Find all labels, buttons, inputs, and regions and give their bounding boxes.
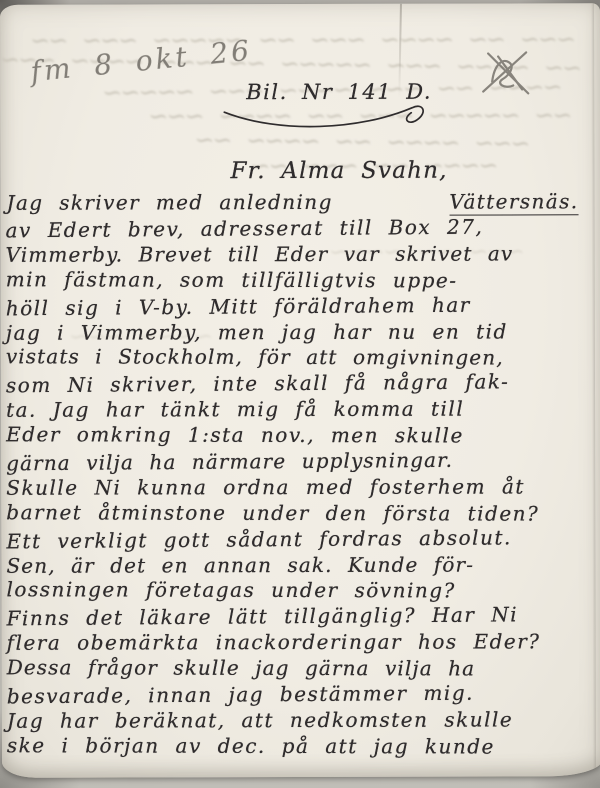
letter-line: som Ni skriver, inte skall få några fak-: [6, 369, 600, 400]
letter-line: ta. Jag har tänkt mig få komma till: [6, 396, 600, 423]
salutation: Fr. Alma Svahn,: [230, 158, 447, 185]
underlined-place-name: Vättersnäs.: [449, 189, 578, 215]
letter-line: Dessa frågor skulle jag gärna vilja ha: [7, 655, 600, 682]
underline-flourish: [220, 102, 436, 139]
opening-text: Jag skriver med anledning: [6, 190, 332, 217]
letter-line: min fästman, som tillfälligtvis uppe-: [6, 267, 600, 294]
letter-line: höll sig i V-by. Mitt föräldrahem har: [6, 291, 600, 322]
letter-line: Skulle Ni kunna ordna med fosterhem åt: [6, 474, 600, 501]
letter-line: barnet åtminstone under den första tiden…: [6, 500, 600, 527]
letter-line: besvarade, innan jag bestämmer mig.: [7, 680, 600, 711]
crossed-out-pencil-mark: [476, 45, 534, 99]
letter-line: Sen, är det en annan sak. Kunde för-: [6, 552, 600, 579]
letter-page: ~~~ ~~ ~~~~ ~~~ ~~ ~~~~~ ~~~ ~~~~ ~~~~ ~…: [0, 3, 600, 778]
letter-line: vistats i Stockholm, för att omgivningen…: [6, 345, 600, 372]
letter-line-opening: Jag skriver med anledning Vättersnäs.: [6, 189, 578, 216]
file-reference-number: Bil. Nr 141 D.: [246, 80, 432, 104]
letter-line: Eder omkring 1:sta nov., men skulle: [6, 422, 600, 449]
letter-line: lossningen företagas under sövning?: [6, 578, 600, 605]
letter-photograph: ~~~ ~~ ~~~~ ~~~ ~~ ~~~~~ ~~~ ~~~~ ~~~~ ~…: [0, 0, 600, 788]
letter-body: av Edert brev, adresserat till Box 27,Vi…: [6, 215, 600, 760]
letter-line: jag i Vimmerby, men jag har nu en tid: [6, 319, 600, 346]
letter-line: flera obemärkta inackorderingar hos Eder…: [7, 629, 600, 656]
letter-line: Ett verkligt gott sådant fordras absolut…: [6, 524, 600, 555]
letter-line: Finns det läkare lätt tillgänglig? Har N…: [7, 602, 600, 633]
letter-line: Jag har beräknat, att nedkomsten skulle: [7, 707, 600, 734]
letter-line: ske i början av dec. på att jag kunde: [7, 733, 600, 760]
letter-line: gärna vilja ha närmare upplysningar.: [6, 447, 600, 478]
letter-line: Vimmerby. Brevet till Eder var skrivet a…: [6, 241, 600, 268]
letter-line: av Edert brev, adresserat till Box 27,: [5, 214, 600, 245]
